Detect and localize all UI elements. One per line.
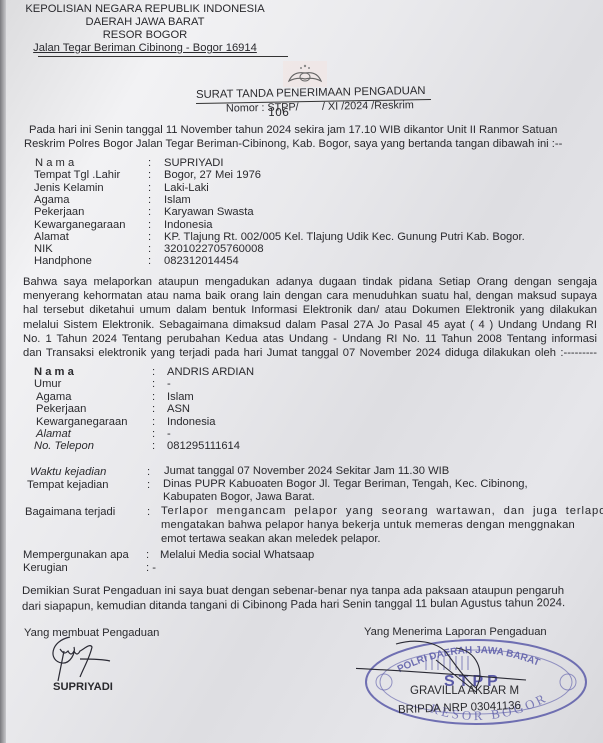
statement-line: hal tersebut diketahui umum dalam bentuk… (23, 304, 597, 316)
terlapor-colon: : (152, 428, 155, 441)
complainant-name: SUPRIYADI (53, 681, 113, 693)
header-divider (38, 56, 288, 57)
closing-line-1: Demikian Surat Pengaduan ini saya buat d… (22, 585, 564, 597)
pelapor-label: Tempat Tgl .Lahir (34, 169, 120, 182)
terlapor-colon: : (152, 416, 155, 429)
pelapor-value: Laki-Laki (164, 182, 209, 195)
pelapor-colon: : (148, 169, 151, 182)
pelapor-value: Indonesia (164, 219, 213, 232)
officer-name: GRAVILLA AKBAR M (410, 685, 519, 697)
document-number: 106 (268, 106, 289, 119)
pelapor-value: Karyawan Swasta (164, 206, 254, 219)
incident-how-colon: : (147, 506, 150, 519)
terlapor-colon: : (152, 391, 155, 404)
terlapor-value: ANDRIS ARDIAN (167, 366, 254, 379)
pelapor-label: Jenis Kelamin (34, 182, 104, 195)
terlapor-label: Alamat (36, 428, 71, 441)
incident-place-value-2: Kabupaten Bogor, Jawa Barat. (163, 491, 315, 504)
header-resort: RESOR BOGOR (0, 29, 290, 42)
header-institution: KEPOLISIAN NEGARA REPUBLIK INDONESIA (0, 3, 290, 16)
pelapor-label: Agama (34, 194, 69, 207)
terlapor-label: N a m a (34, 366, 74, 379)
incident-how-value-2: mengatakan bahwa pelapor hanya bekerja u… (161, 519, 575, 532)
loss-label: Kerugian (23, 562, 68, 575)
statement-line: dan Transaksi elektronik yang terjadi pa… (23, 347, 597, 359)
pelapor-colon: : (148, 231, 151, 244)
loss-colon: : - (146, 562, 156, 575)
pelapor-label: NIK (34, 243, 53, 256)
means-label: Mempergunakan apa (23, 549, 129, 562)
incident-place-colon: : (147, 479, 150, 492)
pelapor-colon: : (148, 194, 151, 207)
terlapor-value: Islam (167, 391, 194, 404)
incident-place-label: Tempat kejadian (27, 479, 108, 492)
terlapor-label: Agama (36, 391, 71, 404)
terlapor-label: Kewarganegaraan (36, 416, 127, 429)
incident-time-colon: : (147, 466, 150, 479)
incident-how-value-3: emot tertawa seakan akan meledek pelapor… (161, 533, 381, 546)
incident-how-label: Bagaimana terjadi (25, 506, 115, 519)
terlapor-value: - (167, 428, 171, 441)
stamp-top-text: POLRI DAERAH JAWA BARAT (396, 645, 541, 675)
incident-time-value: Jumat tanggal 07 November 2024 Sekitar J… (164, 465, 449, 478)
intro-line-1: Pada hari ini Senin tanggal 11 November … (29, 124, 557, 136)
means-colon: : (146, 549, 149, 562)
complainant-signature (40, 633, 120, 683)
terlapor-label: Pekerjaan (36, 403, 86, 416)
terlapor-value: ASN (167, 403, 190, 416)
pelapor-value: KP. Tlajung Rt. 002/005 Kel. Tlajung Udi… (164, 231, 525, 244)
incident-how-value-1: Terlapor mengancam pelapor yang seorang … (161, 505, 603, 518)
pelapor-colon: : (148, 157, 151, 170)
statement-line: melalui Sistem Elektronik. Sebagaimana d… (23, 319, 597, 331)
incident-time-label: Waktu kejadian (30, 466, 106, 479)
svg-text:POLRI DAERAH JAWA BARAT: POLRI DAERAH JAWA BARAT (396, 645, 541, 675)
pelapor-colon: : (148, 219, 151, 232)
pelapor-label: Kewarganegaraan (34, 219, 125, 232)
document-number-suffix: / XI /2024 /Reskrim (322, 99, 414, 113)
incident-place-value-1: Dinas PUPR Kabuoaten Bogor Jl. Tegar Ber… (163, 478, 528, 491)
terlapor-value: - (167, 378, 171, 391)
terlapor-label: No. Telepon (34, 440, 94, 453)
statement-line: menyerang kehormatan atau nama baik oran… (23, 290, 597, 302)
pelapor-value: Islam (164, 194, 191, 207)
closing-line-2: dari siapapun, kemudian ditanda tangani … (22, 597, 565, 613)
complaint-receipt-document: KEPOLISIAN NEGARA REPUBLIK INDONESIA DAE… (0, 0, 603, 743)
pelapor-label: N a m a (35, 157, 74, 170)
means-value: Melalui Media social Whatsaap (160, 549, 314, 562)
terlapor-colon: : (152, 440, 155, 453)
terlapor-colon: : (152, 403, 155, 416)
intro-line-2: Reskrim Polres Bogor Jalan Tegar Beriman… (24, 138, 562, 150)
terlapor-label: Umur (34, 378, 61, 391)
pelapor-value: 3201022705760008 (164, 243, 264, 256)
header-address: Jalan Tegar Beriman Cibinong - Bogor 169… (0, 42, 290, 55)
pelapor-label: Alamat (34, 231, 69, 244)
pelapor-value: SUPRIYADI (164, 157, 223, 170)
pelapor-colon: : (148, 243, 151, 256)
pelapor-value: 082312014454 (164, 255, 239, 268)
pelapor-value: Bogor, 27 Mei 1976 (164, 169, 261, 182)
terlapor-colon: : (152, 366, 155, 379)
police-emblem-icon (283, 61, 327, 87)
terlapor-value: 081295111614 (167, 440, 240, 453)
terlapor-value: Indonesia (167, 416, 216, 429)
pelapor-colon: : (148, 206, 151, 219)
header-region: DAERAH JAWA BARAT (0, 16, 290, 29)
terlapor-colon: : (152, 378, 155, 391)
pelapor-label: Handphone (34, 255, 92, 268)
pelapor-label: Pekerjaan (34, 206, 84, 219)
statement-line: No. 1 Tahun 2024 Tentang perubahan Kedua… (23, 333, 597, 345)
pelapor-colon: : (148, 182, 151, 195)
police-stamp-icon: POLRI DAERAH JAWA BARAT RESOR BOGOR STPP (356, 632, 596, 732)
statement-line: Bahwa saya melaporkan ataupun mengadukan… (23, 276, 597, 288)
pelapor-colon: : (148, 255, 151, 268)
